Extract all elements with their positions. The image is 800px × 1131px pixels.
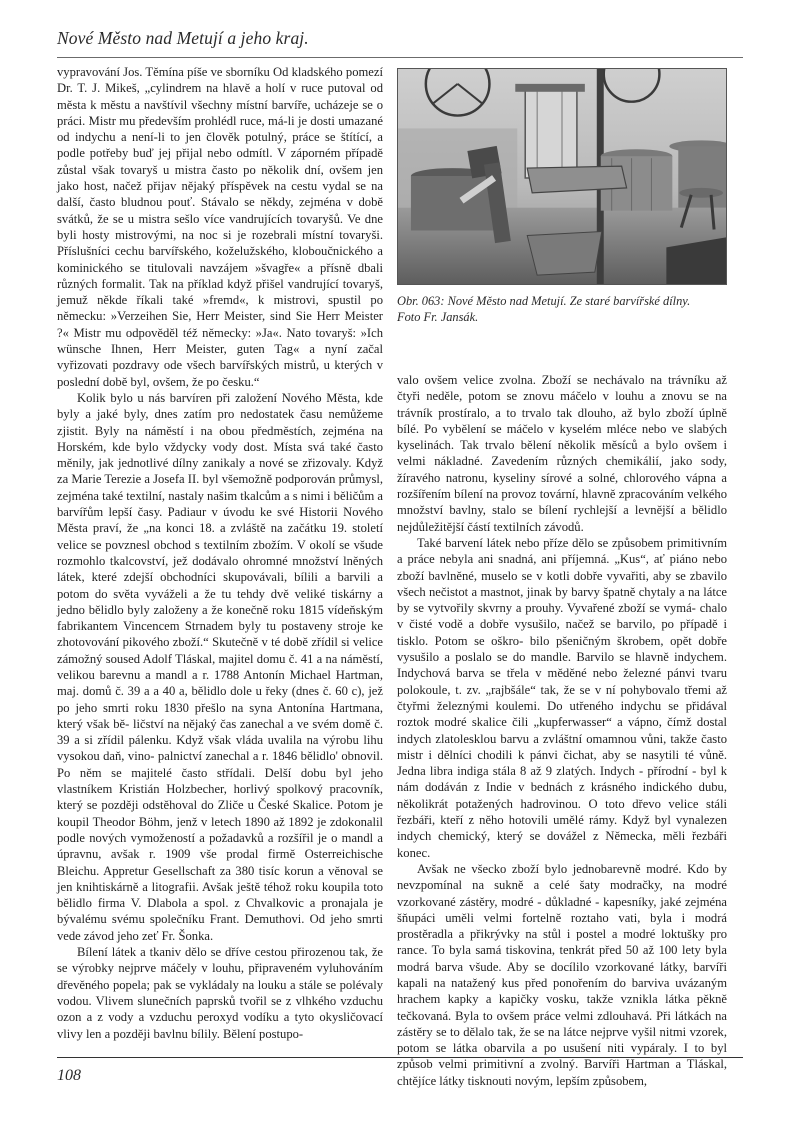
book-page: Nové Město nad Metují a jeho kraj. vypra… — [0, 0, 800, 1131]
figure-photo-dye-workshop — [397, 68, 727, 285]
header-rule — [57, 57, 743, 58]
left-text-column: vypravování Jos. Těmína píše ve sborníku… — [57, 64, 383, 1042]
figure-caption: Obr. 063: Nové Město nad Metují. Ze star… — [397, 293, 737, 325]
page-number: 108 — [57, 1067, 81, 1085]
paragraph-continuation: vypravování Jos. Těmína píše ve sborníku… — [57, 64, 383, 390]
paragraph: Kolik bylo u nás barvíren při založení N… — [57, 390, 383, 944]
running-title: Nové Město nad Metují a jeho kraj. — [57, 28, 309, 49]
caption-title: Obr. 063: Nové Město nad Metují. Ze star… — [397, 293, 737, 309]
paragraph: Bílení látek a tkaniv dělo se dříve cest… — [57, 944, 383, 1042]
footer-rule — [57, 1057, 743, 1058]
paragraph-continuation: valo ovšem velice zvolna. Zboží se nechá… — [397, 372, 727, 535]
caption-credit: Foto Fr. Jansák. — [397, 309, 737, 325]
paragraph: Také barvení látek nebo příze dělo se zp… — [397, 535, 727, 861]
workshop-photo-illustration — [398, 69, 726, 284]
right-text-column: valo ovšem velice zvolna. Zboží se nechá… — [397, 372, 727, 1089]
paragraph: Avšak ne všecko zboží bylo jednobarevně … — [397, 861, 727, 1089]
